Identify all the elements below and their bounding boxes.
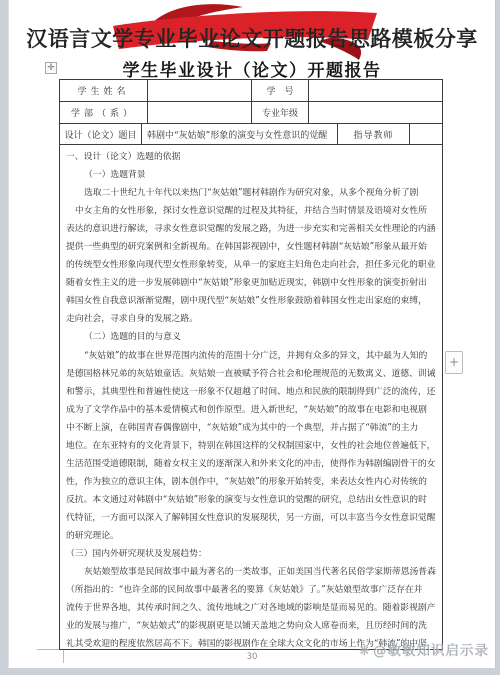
body-text-line: 的研究理论。 — [66, 527, 436, 545]
banner-title: 汉语言文学专业毕业论文开题报告思路模板分享 — [9, 23, 495, 53]
body-text-line: 韩国女性自我意识渐渐觉醒，剧中现代型“灰姑娘”女性形象鼓励着韩国女性走出家庭的束… — [66, 292, 436, 310]
body-text-line: 流传于世界各地，其传承时间之久、流传地域之广对各地域的影响是显而易见的。随着影视… — [66, 599, 436, 617]
body-text-line: 性，作为独立的意识主体，剧本创作中，“灰姑娘”的形象开始转变，来表达女性内心对传… — [66, 473, 436, 491]
body-text-line: 灰姑娘型故事是民间故事中最为著名的一类故事，正如美国当代著名民俗学家斯蒂恩汤普森 — [66, 563, 436, 581]
body-text-line: 反抗。本文通过对韩剧中“灰姑娘”形象的演变与女性意识的觉醒的研究，总结出女性意识… — [66, 491, 436, 509]
thesis-topic-label: 设计（论文）题目 — [60, 124, 142, 144]
table-row: 学生姓名 学 号 — [60, 80, 442, 102]
body-text-line: 业的发展与推广，“灰姑娘式”的影视剧更是以铺天盖地之势向众人席卷而来，且历经时间… — [66, 617, 436, 635]
body-text-line: 的传统型女性形象向现代型女性形象转变，从单一的家庭主妇角色走向社会，担任多元化的… — [66, 256, 436, 274]
body-text-line: 选取二十世纪九十年代以来热门“灰姑娘”题材韩剧作为研究对象，从多个视角分析了剧 — [66, 184, 436, 202]
student-name-field[interactable] — [148, 80, 252, 101]
document-page: 汉语言文学专业毕业论文开题报告思路模板分享 学生毕业设计（论文）开题报告 ✛ 学… — [8, 0, 496, 668]
body-text-line: 提供一些典型的研究案例和全新视角。在韩国影视剧中，女性题材韩剧“灰姑娘”形象从最… — [66, 238, 436, 256]
major-grade-field[interactable] — [309, 102, 442, 123]
advisor-label: 指导教师 — [338, 124, 410, 144]
body-text-line: “灰姑娘”的故事在世界范围内流传的范围十分广泛，并拥有众多的异文，其中最为人知的 — [66, 347, 436, 365]
insert-row-plus-icon[interactable]: + — [445, 351, 463, 374]
department-label: 学部（系） — [60, 102, 148, 123]
body-text-line: 一、设计（论文）选题的依据 — [66, 148, 436, 166]
body-text-line: 是德国格林兄弟的灰姑娘童话。灰姑娘一直被赋予符合社会和伦理规范的无数寓义、道德、… — [66, 365, 436, 383]
student-id-label: 学 号 — [252, 80, 309, 101]
department-field[interactable] — [148, 102, 252, 123]
major-grade-label: 专业年级 — [252, 102, 309, 123]
body-text-line: 成为了文学作品中的基本爱情模式和创作原型。进入新世纪，“灰姑娘”的故事在电影和电… — [66, 401, 436, 419]
body-text-line: 走向社会，寻求自身的发展之路。 — [66, 310, 436, 328]
body-text-line: 地位。在东亚特有的文化背景下，特别在韩国这样的父权制国家中，女性的社会地位普遍低… — [66, 437, 436, 455]
body-text-line: （一）选题背景 — [66, 166, 436, 184]
body-text-line: （所指出的：“也许全部的民间故事中最著名的要算《灰姑娘》了。”灰姑娘型故事广泛存… — [66, 581, 436, 599]
thesis-topic-value[interactable]: 韩剧中“灰姑娘”形象的演变与女性意识的觉醒 — [142, 124, 338, 144]
opening-report-table: 学生姓名 学 号 学部（系） 专业年级 设计（论文）题目 韩剧中“灰姑娘”形象的… — [59, 79, 443, 650]
table-row: 学部（系） 专业年级 — [60, 102, 442, 124]
body-text-line: 生活范围受道德限制，随着女权主义的逐渐深入和外来文化的冲击，使得作为韩剧编剧骨干… — [66, 455, 436, 473]
advisor-field[interactable] — [410, 124, 442, 144]
watermark: ❋@敏敏知识启示录 — [359, 639, 489, 659]
body-text-line: （三）国内外研究现状及发展趋势： — [66, 545, 436, 563]
body-text-line: 和警示，其典型性和普遍性使这一形象不仅超越了时间、地点和民族的限制得到广泛的流传… — [66, 383, 436, 401]
document-title: 学生毕业设计（论文）开题报告 — [9, 56, 495, 81]
body-text-line: 中不断上演，在韩国青春偶像剧中，“灰姑娘”成为其中的一个典型，并占据了“韩流”的… — [66, 419, 436, 437]
watermark-logo-icon: ❋ — [359, 643, 371, 659]
body-text-line: 随着女性主义的进一步发展韩剧中“灰姑娘”形象更加贴近现实，韩剧中女性形象的演变折… — [66, 274, 436, 292]
body-text-line: （二）选题的目的与意义 — [66, 328, 436, 346]
watermark-text: @敏敏知识启示录 — [373, 643, 489, 659]
body-text-line: 中女主角的女性形象，探讨女性意识觉醒的过程及其特征，并结合当时情景及语境对女性所 — [66, 202, 436, 220]
body-text-line: 代特征，一方面可以深入了解韩国女性意识的发展现状，另一方面，可以丰富当今女性意识… — [66, 509, 436, 527]
student-name-label: 学生姓名 — [60, 80, 148, 101]
table-row: 设计（论文）题目 韩剧中“灰姑娘”形象的演变与女性意识的觉醒 指导教师 — [60, 124, 442, 145]
student-id-field[interactable] — [309, 80, 442, 101]
report-body-cell: 一、设计（论文）选题的依据（一）选题背景选取二十世纪九十年代以来热门“灰姑娘”题… — [60, 145, 442, 650]
body-text-line: 表达的意识进行解读，寻求女性意识觉醒的发展之路，为进一步充实和完善相关女性理论的… — [66, 220, 436, 238]
